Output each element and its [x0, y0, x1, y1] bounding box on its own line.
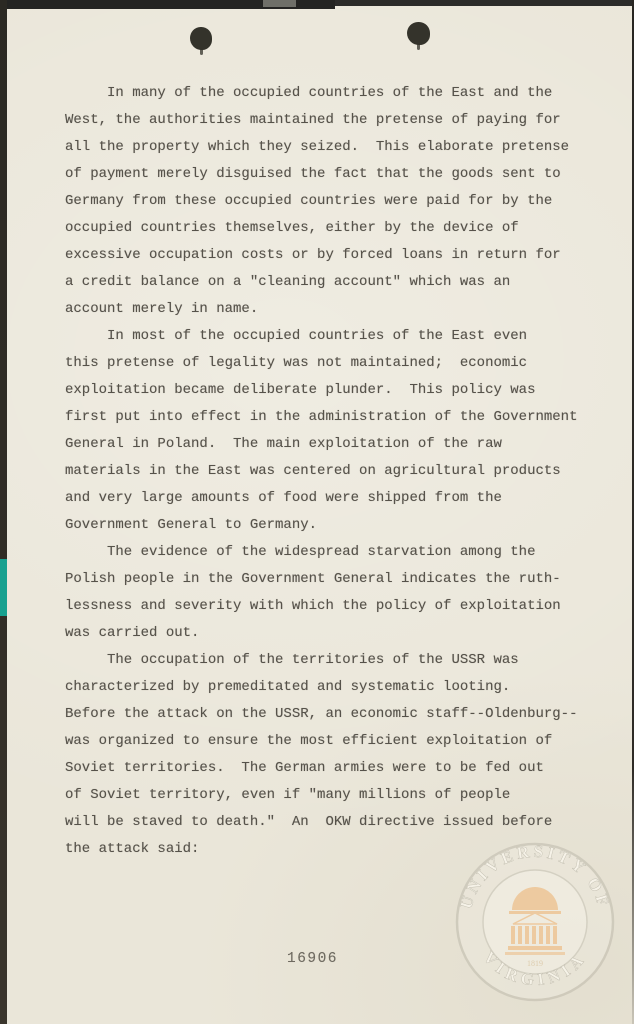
typed-line: characterized by premeditated and system… — [65, 674, 613, 701]
typed-line: was organized to ensure the most efficie… — [65, 728, 613, 755]
typed-line: this pretense of legality was not mainta… — [65, 350, 613, 377]
film-edge-left — [0, 0, 7, 1024]
film-edge-light-segment — [263, 0, 296, 7]
typed-line: Germany from these occupied countries we… — [65, 188, 613, 215]
typed-line: Soviet territories. The German armies we… — [65, 755, 613, 782]
typed-line: exploitation became deliberate plunder. … — [65, 377, 613, 404]
hole-punch-right — [407, 22, 430, 45]
teal-edge-mark — [0, 559, 7, 616]
typed-line: General in Poland. The main exploitation… — [65, 431, 613, 458]
typed-line: lessness and severity with which the pol… — [65, 593, 613, 620]
seal-year: 1819 — [527, 959, 543, 968]
typed-line: The occupation of the territories of the… — [65, 647, 613, 674]
typed-line: West, the authorities maintained the pre… — [65, 107, 613, 134]
page-number: 16906 — [287, 951, 338, 967]
typed-line: first put into effect in the administrat… — [65, 404, 613, 431]
typed-line: and very large amounts of food were ship… — [65, 485, 613, 512]
typed-line: account merely in name. — [65, 296, 613, 323]
typed-line: In many of the occupied countries of the… — [65, 80, 613, 107]
typed-line: Polish people in the Government General … — [65, 566, 613, 593]
typed-line: a credit balance on a "cleaning account"… — [65, 269, 613, 296]
typed-line: all the property which they seized. This… — [65, 134, 613, 161]
typed-line: of Soviet territory, even if "many milli… — [65, 782, 613, 809]
typed-line: will be staved to death." An OKW directi… — [65, 809, 613, 836]
document-page: In many of the occupied countries of the… — [0, 0, 634, 1024]
typed-line: materials in the East was centered on ag… — [65, 458, 613, 485]
typed-line: Before the attack on the USSR, an econom… — [65, 701, 613, 728]
typed-line: occupied countries themselves, either by… — [65, 215, 613, 242]
typed-line: excessive occupation costs or by forced … — [65, 242, 613, 269]
typed-line: Government General to Germany. — [65, 512, 613, 539]
typed-line: The evidence of the widespread starvatio… — [65, 539, 613, 566]
hole-punch-left — [190, 27, 212, 50]
typed-line: was carried out. — [65, 620, 613, 647]
typed-text-block: In many of the occupied countries of the… — [65, 80, 613, 863]
typed-line: In most of the occupied countries of the… — [65, 323, 613, 350]
uva-watermark-seal: UNIVERSITY OF VIRGINIA 1819 — [453, 840, 617, 1004]
typed-line: of payment merely disguised the fact tha… — [65, 161, 613, 188]
